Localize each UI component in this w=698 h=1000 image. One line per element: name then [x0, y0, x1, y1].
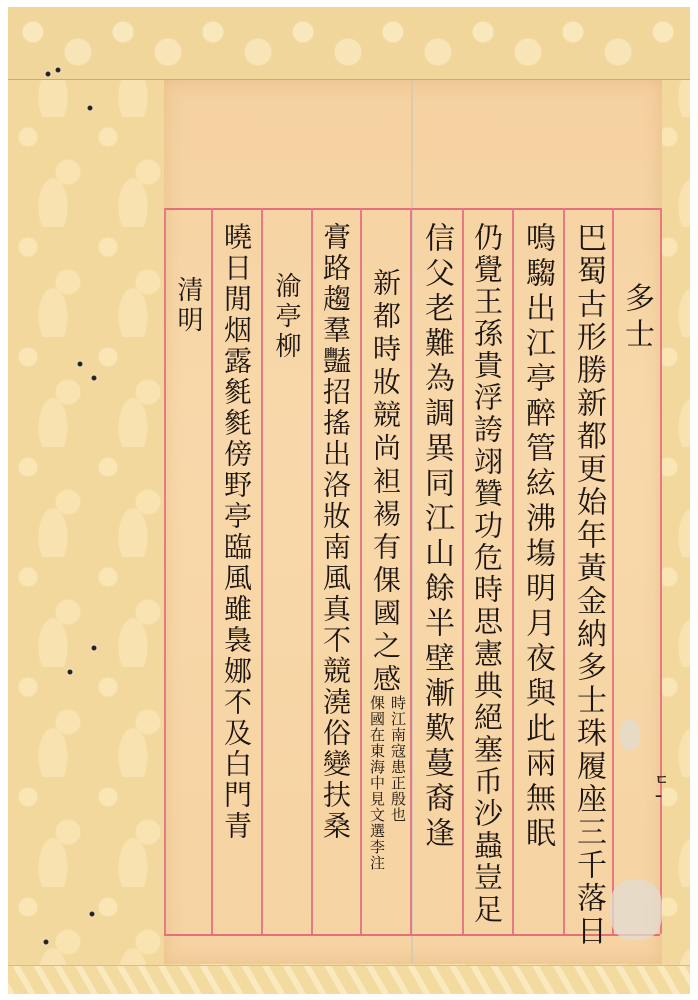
margin-mark: ㄷ	[655, 770, 669, 790]
poem-title-column: 清明	[164, 276, 212, 336]
text-column: 仍覺王孫貴浮誇翊贊功危時思憲典絕塞币沙蟲豈足	[463, 222, 511, 926]
text-column: 曉日閒烟露毿毿傍野亭臨風雖裊娜不及白門青	[212, 222, 260, 842]
poem-title-column: 渝亭柳	[262, 272, 310, 362]
bottom-mount-band	[8, 965, 690, 994]
poem-title-column: 多士	[612, 282, 660, 354]
poem-line: 新都時妝競尚袒裼有倮國之感	[365, 268, 405, 697]
binding-hole	[66, 668, 74, 676]
binding-hole	[90, 644, 98, 652]
poem-line: 巴蜀古形勝新都更始年黃金納多士珠履座三千落日	[568, 222, 608, 948]
paper-damage	[620, 720, 640, 750]
poem-line: 信父老難為調異同江山餘半壁漸歎蔓裔逢	[416, 222, 456, 852]
binding-hole	[76, 360, 84, 368]
top-mount-band	[8, 7, 690, 80]
text-column: 信父老難為調異同江山餘半壁漸歎蔓裔逢	[412, 222, 460, 852]
poem-line: 仍覺王孫貴浮誇翊贊功危時思憲典絕塞币沙蟲豈足	[467, 222, 507, 926]
binding-hole	[90, 374, 98, 382]
binding-hole	[88, 910, 96, 918]
poem-title: 清明	[168, 276, 208, 336]
text-column: 巴蜀古形勝新都更始年黃金納多士珠履座三千落日	[564, 222, 612, 948]
binding-hole	[44, 70, 52, 78]
annotation-note: 倮國在東海中見文選李注	[368, 695, 386, 871]
margin-mark: –	[655, 788, 662, 804]
column-rule	[660, 208, 662, 934]
binding-hole	[86, 104, 94, 112]
annotation-note: 時江南寇患正殷也	[389, 695, 407, 823]
poem-title: 渝亭柳	[266, 272, 306, 362]
poem-title: 多士	[616, 282, 656, 354]
text-column: 新都時妝競尚袒裼有倮國之感	[361, 268, 409, 697]
binding-hole	[42, 938, 50, 946]
poem-line: 鳴騶出江亭醉管絃沸塲明月夜與此兩無眠	[517, 222, 557, 852]
poem-line: 膏路趨羣豔招搖出洛妝南風真不競澆俗變扶桑	[317, 222, 353, 842]
text-column: 鳴騶出江亭醉管絃沸塲明月夜與此兩無眠	[513, 222, 561, 852]
poem-line: 曉日閒烟露毿毿傍野亭臨風雖裊娜不及白門青	[218, 222, 254, 842]
paper-damage	[610, 880, 662, 940]
binding-hole	[54, 66, 62, 74]
text-column: 膏路趨羣豔招搖出洛妝南風真不競澆俗變扶桑	[311, 222, 359, 842]
